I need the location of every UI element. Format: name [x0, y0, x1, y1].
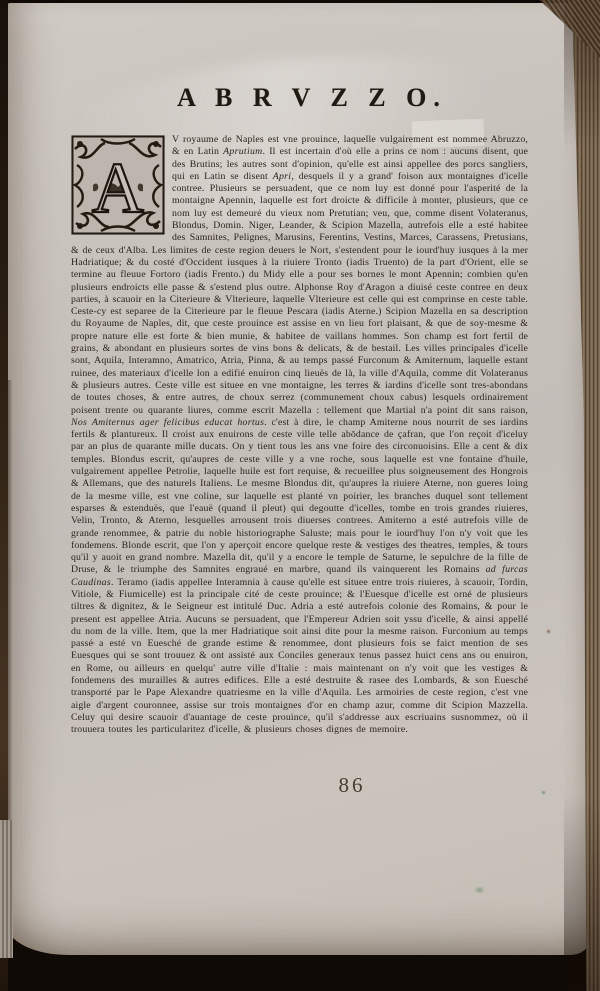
- drop-cap-woodcut-icon: A: [71, 135, 165, 235]
- green-speck: [541, 790, 546, 795]
- book-page: A B R V Z Z O.: [7, 3, 590, 955]
- brown-speck: [546, 629, 551, 634]
- page-title: A B R V Z Z O.: [77, 83, 547, 113]
- brown-fleck: [91, 641, 95, 645]
- book-photo: A B R V Z Z O.: [0, 0, 600, 991]
- body-text: A V royaume de Naples est vne prouince, …: [71, 134, 528, 737]
- drop-cap-letter: A: [92, 148, 144, 228]
- page-number: 86: [307, 773, 397, 798]
- green-stain: [474, 886, 485, 894]
- bottom-left-page-stack: [0, 820, 13, 958]
